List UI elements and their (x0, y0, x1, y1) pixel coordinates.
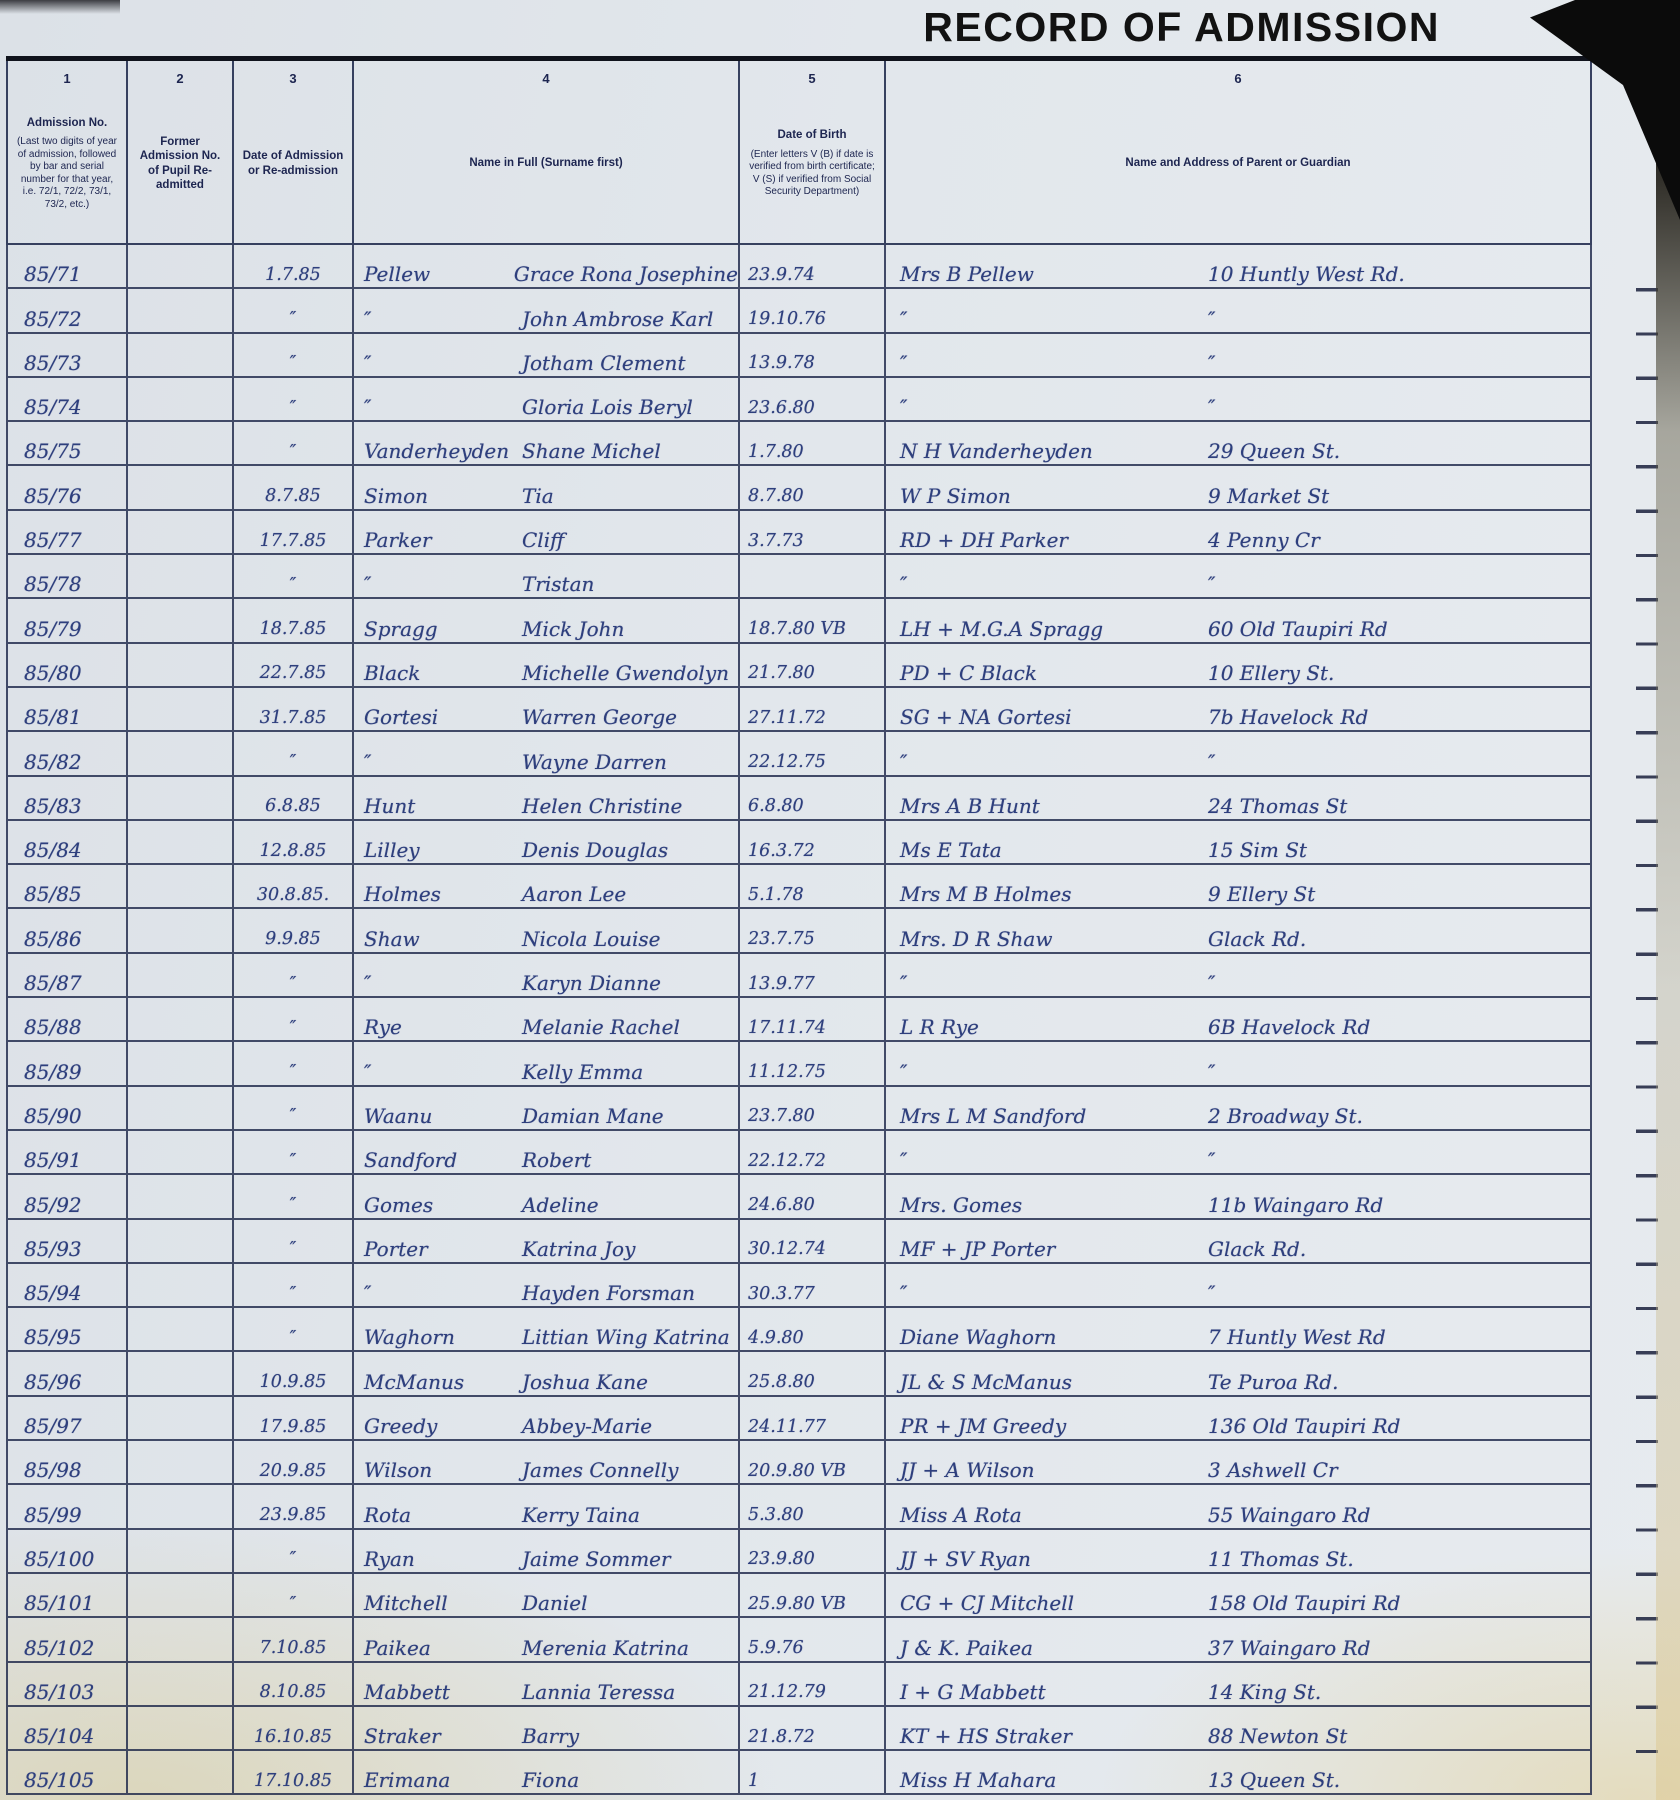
parent-address: Glack Rd. (1208, 1239, 1590, 1259)
table-row: 85/81 31.7.85 GortesiWarren George 27.11… (6, 688, 1592, 732)
admission-date: ″ (290, 311, 297, 329)
former-admission-no-cell (128, 1264, 234, 1306)
parent-name: Mrs L M Sandford (886, 1106, 1208, 1126)
column-note: (Enter letters V (B) if date is verified… (746, 149, 878, 199)
name-in-full-cell: BlackMichelle Gwendolyn (354, 644, 740, 686)
date-of-birth-cell: 23.9.80 (740, 1530, 886, 1572)
parent-address: 14 King St. (1208, 1682, 1590, 1702)
name-in-full-cell: ″Hayden Forsman (354, 1264, 740, 1306)
admission-no-cell: 85/103 (6, 1663, 128, 1705)
date-of-birth-cell: 5.3.80 (740, 1485, 886, 1527)
parent-address: 29 Queen St. (1208, 441, 1590, 461)
parent-address: Glack Rd. (1208, 929, 1590, 949)
date-of-birth: 21.12.79 (748, 1684, 826, 1702)
former-admission-no-cell (128, 954, 234, 996)
admission-no: 85/96 (24, 1372, 82, 1392)
name-in-full-cell: ″John Ambrose Karl (354, 289, 740, 331)
admission-date: ″ (290, 1020, 297, 1038)
parent-address: 88 Newton St (1208, 1726, 1590, 1746)
former-admission-no-cell (128, 1485, 234, 1527)
parent-guardian-cell: RD + DH Parker4 Penny Cr (886, 511, 1592, 553)
given-names: Jotham Clement (522, 353, 738, 373)
page-edge-shadow (0, 0, 120, 14)
admission-date: ″ (290, 976, 297, 994)
date-of-birth: 30.12.74 (748, 1241, 826, 1259)
date-of-birth: 5.9.76 (748, 1640, 804, 1658)
parent-address: 15 Sim St (1208, 840, 1590, 860)
table-row: 85/86 9.9.85 ShawNicola Louise 23.7.75 M… (6, 909, 1592, 953)
admission-date: 9.9.85 (265, 931, 321, 949)
date-of-birth-cell: 24.11.77 (740, 1397, 886, 1439)
table-row: 85/93 ″ PorterKatrina Joy 30.12.74 MF + … (6, 1220, 1592, 1264)
given-names: Nicola Louise (522, 929, 738, 949)
name-in-full-cell: MabbettLannia Teressa (354, 1663, 740, 1705)
given-names: Katrina Joy (522, 1239, 738, 1259)
parent-guardian-cell: CG + CJ Mitchell158 Old Taupiri Rd (886, 1574, 1592, 1616)
column-header-admission-no: 1 Admission No. (Last two digits of year… (6, 61, 128, 243)
admission-date-cell: 17.10.85 (234, 1751, 354, 1793)
admission-no-cell: 85/92 (6, 1175, 128, 1217)
table-row: 85/97 17.9.85 GreedyAbbey-Marie 24.11.77… (6, 1397, 1592, 1441)
surname: ″ (354, 309, 522, 329)
parent-address: 2 Broadway St. (1208, 1106, 1590, 1126)
name-in-full-cell: RyanJaime Sommer (354, 1530, 740, 1572)
date-of-birth: 19.10.76 (748, 311, 826, 329)
name-in-full-cell: RotaKerry Taina (354, 1485, 740, 1527)
given-names: Jaime Sommer (522, 1549, 738, 1569)
admission-date-cell: ″ (234, 998, 354, 1040)
given-names: Robert (522, 1150, 738, 1170)
parent-guardian-cell: Miss H Mahara13 Queen St. (886, 1751, 1592, 1793)
admission-table: 1 Admission No. (Last two digits of year… (6, 56, 1592, 1795)
parent-name: Mrs. Gomes (886, 1195, 1208, 1215)
former-admission-no-cell (128, 1131, 234, 1173)
former-admission-no-cell (128, 1618, 234, 1660)
date-of-birth-cell: 30.3.77 (740, 1264, 886, 1306)
parent-guardian-cell: MF + JP PorterGlack Rd. (886, 1220, 1592, 1262)
given-names: Damian Mane (522, 1106, 738, 1126)
admission-date-cell: 12.8.85 (234, 821, 354, 863)
table-row: 85/98 20.9.85 WilsonJames Connelly 20.9.… (6, 1441, 1592, 1485)
admission-no-cell: 85/100 (6, 1530, 128, 1572)
parent-name: LH + M.G.A Spragg (886, 619, 1208, 639)
parent-address: ″ (1208, 397, 1590, 417)
parent-address: ″ (1208, 309, 1590, 329)
given-names: Mick John (522, 619, 738, 639)
admission-no: 85/90 (24, 1106, 82, 1126)
column-number: 6 (892, 71, 1584, 86)
table-row: 85/92 ″ GomesAdeline 24.6.80 Mrs. Gomes1… (6, 1175, 1592, 1219)
name-in-full-cell: ParkerCliff (354, 511, 740, 553)
former-admission-no-cell (128, 644, 234, 686)
date-of-birth-cell: 5.1.78 (740, 865, 886, 907)
table-row: 85/74 ″ ″Gloria Lois Beryl 23.6.80 ″″ (6, 378, 1592, 422)
name-in-full-cell: McManusJoshua Kane (354, 1352, 740, 1394)
former-admission-no-cell (128, 777, 234, 819)
parent-name: Miss H Mahara (886, 1770, 1208, 1790)
admission-date-cell: 16.10.85 (234, 1707, 354, 1749)
former-admission-no-cell (128, 378, 234, 420)
parent-address: 9 Market St (1208, 486, 1590, 506)
table-header-row: 1 Admission No. (Last two digits of year… (6, 56, 1592, 245)
date-of-birth-cell: 3.7.73 (740, 511, 886, 553)
admission-no-cell: 85/81 (6, 688, 128, 730)
admission-date-cell: ″ (234, 1087, 354, 1129)
given-names: John Ambrose Karl (522, 309, 738, 329)
admission-no: 85/97 (24, 1416, 82, 1436)
admission-no: 85/92 (24, 1195, 82, 1215)
admission-no-cell: 85/74 (6, 378, 128, 420)
date-of-birth-cell: 23.7.80 (740, 1087, 886, 1129)
admission-no: 85/80 (24, 663, 82, 683)
admission-date: 6.8.85 (265, 798, 321, 816)
date-of-birth: 23.7.80 (748, 1108, 815, 1126)
surname: Vanderheyden (354, 441, 522, 461)
parent-address: 4 Penny Cr (1208, 530, 1590, 550)
name-in-full-cell: StrakerBarry (354, 1707, 740, 1749)
parent-address: 7 Huntly West Rd (1208, 1327, 1590, 1347)
parent-name: JJ + A Wilson (886, 1460, 1208, 1480)
former-admission-no-cell (128, 1042, 234, 1084)
date-of-birth: 25.9.80 VB (748, 1596, 846, 1614)
admission-no: 85/94 (24, 1283, 82, 1303)
column-label: Admission No. (14, 116, 120, 130)
date-of-birth-cell: 18.7.80 VB (740, 599, 886, 641)
admission-date-cell: ″ (234, 334, 354, 376)
date-of-birth-cell: 21.12.79 (740, 1663, 886, 1705)
date-of-birth: 21.7.80 (748, 665, 815, 683)
date-of-birth: 25.8.80 (748, 1374, 815, 1392)
admission-date-cell: ″ (234, 1264, 354, 1306)
column-label: Date of Birth (746, 128, 878, 142)
parent-address: 7b Havelock Rd (1208, 707, 1590, 727)
admission-date-cell: 6.8.85 (234, 777, 354, 819)
date-of-birth-cell: 8.7.80 (740, 466, 886, 508)
date-of-birth-cell: 5.9.76 (740, 1618, 886, 1660)
date-of-birth-cell: 1.7.80 (740, 422, 886, 464)
admission-no: 85/99 (24, 1505, 82, 1525)
admission-no-cell: 85/80 (6, 644, 128, 686)
former-admission-no-cell (128, 555, 234, 597)
column-label: Name and Address of Parent or Guardian (892, 156, 1584, 170)
admission-no: 85/105 (24, 1770, 94, 1790)
date-of-birth-cell: 17.11.74 (740, 998, 886, 1040)
surname: Simon (354, 486, 522, 506)
admission-date: 23.9.85 (260, 1507, 327, 1525)
table-row: 85/94 ″ ″Hayden Forsman 30.3.77 ″″ (6, 1264, 1592, 1308)
table-row: 85/82 ″ ″Wayne Darren 22.12.75 ″″ (6, 732, 1592, 776)
surname: Pellew (354, 264, 514, 284)
admission-no-cell: 85/98 (6, 1441, 128, 1483)
given-names: Grace Rona Josephine (514, 264, 738, 284)
admission-no-cell: 85/75 (6, 422, 128, 464)
surname: Lilley (354, 840, 522, 860)
parent-name: N H Vanderheyden (886, 441, 1208, 461)
given-names: Aaron Lee (522, 884, 738, 904)
column-header-name-in-full: 4 Name in Full (Surname first) (354, 61, 740, 243)
date-of-birth-cell: 22.12.75 (740, 732, 886, 774)
admission-date-cell: ″ (234, 1308, 354, 1350)
parent-address: Te Puroa Rd. (1208, 1372, 1590, 1392)
admission-no: 85/95 (24, 1327, 82, 1347)
parent-name: ″ (886, 397, 1208, 417)
parent-guardian-cell: ″″ (886, 378, 1592, 420)
given-names: Littian Wing Katrina (522, 1327, 738, 1347)
parent-address: ″ (1208, 973, 1590, 993)
admission-no-cell: 85/79 (6, 599, 128, 641)
former-admission-no-cell (128, 1663, 234, 1705)
admission-date: 17.9.85 (260, 1419, 327, 1437)
admission-date-cell: 8.10.85 (234, 1663, 354, 1705)
former-admission-no-cell (128, 511, 234, 553)
admission-no-cell: 85/88 (6, 998, 128, 1040)
parent-address: ″ (1208, 752, 1590, 772)
table-row: 85/96 10.9.85 McManusJoshua Kane 25.8.80… (6, 1352, 1592, 1396)
date-of-birth-cell: 27.11.72 (740, 688, 886, 730)
column-note: (Last two digits of year of admission, f… (14, 136, 120, 211)
table-row: 85/72 ″ ″John Ambrose Karl 19.10.76 ″″ (6, 289, 1592, 333)
admission-date-cell: ″ (234, 378, 354, 420)
parent-name: ″ (886, 1150, 1208, 1170)
parent-guardian-cell: ″″ (886, 1042, 1592, 1084)
admission-no-cell: 85/104 (6, 1707, 128, 1749)
column-number: 2 (134, 71, 226, 86)
parent-address: ″ (1208, 574, 1590, 594)
former-admission-no-cell (128, 1574, 234, 1616)
former-admission-no-cell (128, 1707, 234, 1749)
parent-name: RD + DH Parker (886, 530, 1208, 550)
admission-no-cell: 85/85 (6, 865, 128, 907)
date-of-birth-cell: 21.7.80 (740, 644, 886, 686)
given-names: Gloria Lois Beryl (522, 397, 738, 417)
parent-address: 158 Old Taupiri Rd (1208, 1593, 1590, 1613)
admission-no: 85/81 (24, 707, 82, 727)
parent-name: CG + CJ Mitchell (886, 1593, 1208, 1613)
admission-no: 85/87 (24, 973, 82, 993)
admission-no-cell: 85/72 (6, 289, 128, 331)
parent-guardian-cell: ″″ (886, 289, 1592, 331)
admission-date-cell: 1.7.85 (234, 245, 354, 287)
former-admission-no-cell (128, 1530, 234, 1572)
former-admission-no-cell (128, 1175, 234, 1217)
admission-no: 85/79 (24, 619, 82, 639)
admission-date-cell: ″ (234, 1220, 354, 1262)
parent-name: Mrs. D R Shaw (886, 929, 1208, 949)
surname: Parker (354, 530, 522, 550)
admission-date-cell: 30.8.85. (234, 865, 354, 907)
admission-no-cell: 85/95 (6, 1308, 128, 1350)
date-of-birth-cell: 30.12.74 (740, 1220, 886, 1262)
table-row: 85/73 ″ ″Jotham Clement 13.9.78 ″″ (6, 334, 1592, 378)
admission-date-cell: ″ (234, 289, 354, 331)
date-of-birth: 3.7.73 (748, 533, 804, 551)
admission-date: ″ (290, 1551, 297, 1569)
surname: Shaw (354, 929, 522, 949)
name-in-full-cell: MitchellDaniel (354, 1574, 740, 1616)
admission-no: 85/71 (24, 264, 82, 284)
surname: Mitchell (354, 1593, 522, 1613)
column-label: Date of Admission or Re-admission (240, 149, 346, 178)
admission-date-cell: 7.10.85 (234, 1618, 354, 1660)
former-admission-no-cell (128, 1087, 234, 1129)
given-names: Merenia Katrina (522, 1638, 738, 1658)
parent-guardian-cell: KT + HS Straker88 Newton St (886, 1707, 1592, 1749)
admission-no-cell: 85/96 (6, 1352, 128, 1394)
date-of-birth: 22.12.72 (748, 1153, 826, 1171)
admission-date: 31.7.85 (260, 710, 327, 728)
surname: Gortesi (354, 707, 522, 727)
name-in-full-cell: HuntHelen Christine (354, 777, 740, 819)
parent-name: ″ (886, 1283, 1208, 1303)
parent-guardian-cell: I + G Mabbett14 King St. (886, 1663, 1592, 1705)
column-number: 4 (360, 71, 732, 86)
admission-date: ″ (290, 444, 297, 462)
date-of-birth: 16.3.72 (748, 843, 815, 861)
date-of-birth: 23.9.74 (748, 267, 815, 285)
admission-no: 85/72 (24, 309, 82, 329)
given-names: Denis Douglas (522, 840, 738, 860)
admission-date-cell: ″ (234, 555, 354, 597)
former-admission-no-cell (128, 998, 234, 1040)
name-in-full-cell: SimonTia (354, 466, 740, 508)
table-body: 85/71 1.7.85 PellewGrace Rona Josephine … (6, 245, 1592, 1795)
admission-date: 30.8.85. (257, 887, 329, 905)
parent-guardian-cell: Miss A Rota55 Waingaro Rd (886, 1485, 1592, 1527)
surname: Greedy (354, 1416, 522, 1436)
surname: McManus (354, 1372, 522, 1392)
table-row: 85/83 6.8.85 HuntHelen Christine 6.8.80 … (6, 777, 1592, 821)
admission-date: 20.9.85 (260, 1463, 327, 1481)
name-in-full-cell: PellewGrace Rona Josephine (354, 245, 740, 287)
admission-date-cell: 22.7.85 (234, 644, 354, 686)
parent-name: PR + JM Greedy (886, 1416, 1208, 1436)
admission-no: 85/76 (24, 486, 82, 506)
date-of-birth: 24.6.80 (748, 1197, 815, 1215)
former-admission-no-cell (128, 1308, 234, 1350)
former-admission-no-cell (128, 732, 234, 774)
surname: ″ (354, 973, 522, 993)
admission-no: 85/103 (24, 1682, 94, 1702)
admission-date: ″ (290, 754, 297, 772)
table-row: 85/78 ″ ″Tristan ″″ (6, 555, 1592, 599)
admission-no: 85/98 (24, 1460, 82, 1480)
date-of-birth: 11.12.75 (748, 1064, 826, 1082)
parent-guardian-cell: Mrs. D R ShawGlack Rd. (886, 909, 1592, 951)
admission-no: 85/91 (24, 1150, 82, 1170)
admission-date-cell: 18.7.85 (234, 599, 354, 641)
date-of-birth-cell: 13.9.77 (740, 954, 886, 996)
date-of-birth: 22.12.75 (748, 754, 826, 772)
table-row: 85/84 12.8.85 LilleyDenis Douglas 16.3.7… (6, 821, 1592, 865)
former-admission-no-cell (128, 289, 234, 331)
date-of-birth: 30.3.77 (748, 1286, 815, 1304)
admission-date-cell: ″ (234, 954, 354, 996)
given-names: Joshua Kane (522, 1372, 738, 1392)
admission-date-cell: ″ (234, 1175, 354, 1217)
name-in-full-cell: GreedyAbbey-Marie (354, 1397, 740, 1439)
parent-address: 13 Queen St. (1208, 1770, 1590, 1790)
parent-guardian-cell: PR + JM Greedy136 Old Taupiri Rd (886, 1397, 1592, 1439)
admission-no: 85/102 (24, 1638, 94, 1658)
admission-date-cell: ″ (234, 1574, 354, 1616)
admission-no: 85/75 (24, 441, 82, 461)
name-in-full-cell: WaanuDamian Mane (354, 1087, 740, 1129)
given-names: Fiona (522, 1770, 738, 1790)
admission-register-page: RECORD OF ADMISSION 1 Admission No. (Las… (0, 0, 1680, 1800)
parent-address: ″ (1208, 1062, 1590, 1082)
date-of-birth: 23.9.80 (748, 1551, 815, 1569)
parent-name: KT + HS Straker (886, 1726, 1208, 1746)
surname: ″ (354, 397, 522, 417)
surname: ″ (354, 353, 522, 373)
surname: ″ (354, 1283, 522, 1303)
date-of-birth: 17.11.74 (748, 1020, 826, 1038)
admission-date: 8.7.85 (265, 488, 321, 506)
given-names: James Connelly (522, 1460, 738, 1480)
admission-date-cell: ″ (234, 422, 354, 464)
date-of-birth-cell: 23.7.75 (740, 909, 886, 951)
date-of-birth-cell: 20.9.80 VB (740, 1441, 886, 1483)
date-of-birth-cell: 24.6.80 (740, 1175, 886, 1217)
admission-date: ″ (290, 1197, 297, 1215)
admission-no-cell: 85/86 (6, 909, 128, 951)
date-of-birth-cell: 22.12.72 (740, 1131, 886, 1173)
parent-name: ″ (886, 574, 1208, 594)
surname: Sandford (354, 1150, 522, 1170)
given-names: Michelle Gwendolyn (522, 663, 738, 683)
date-of-birth: 23.7.75 (748, 931, 815, 949)
admission-date: 7.10.85 (260, 1640, 327, 1658)
surname: Gomes (354, 1195, 522, 1215)
admission-date-cell: 20.9.85 (234, 1441, 354, 1483)
surname: Wilson (354, 1460, 522, 1480)
name-in-full-cell: ″Tristan (354, 555, 740, 597)
admission-no: 85/78 (24, 574, 82, 594)
date-of-birth-cell: 25.9.80 VB (740, 1574, 886, 1616)
admission-no-cell: 85/105 (6, 1751, 128, 1793)
date-of-birth-cell: 23.9.74 (740, 245, 886, 287)
admission-date: 12.8.85 (260, 843, 327, 861)
surname: ″ (354, 752, 522, 772)
date-of-birth-cell (740, 555, 886, 597)
table-row: 85/103 8.10.85 MabbettLannia Teressa 21.… (6, 1663, 1592, 1707)
date-of-birth: 13.9.77 (748, 976, 815, 994)
admission-date: ″ (290, 355, 297, 373)
table-row: 85/90 ″ WaanuDamian Mane 23.7.80 Mrs L M… (6, 1087, 1592, 1131)
parent-address: ″ (1208, 1283, 1590, 1303)
table-row: 85/77 17.7.85 ParkerCliff 3.7.73 RD + DH… (6, 511, 1592, 555)
parent-name: W P Simon (886, 486, 1208, 506)
surname: Erimana (354, 1770, 522, 1790)
parent-guardian-cell: Ms E Tata15 Sim St (886, 821, 1592, 863)
parent-name: ″ (886, 973, 1208, 993)
parent-name: ″ (886, 309, 1208, 329)
name-in-full-cell: VanderheydenShane Michel (354, 422, 740, 464)
parent-guardian-cell: ″″ (886, 334, 1592, 376)
page-curl-edge (1656, 0, 1680, 1800)
parent-guardian-cell: Mrs L M Sandford2 Broadway St. (886, 1087, 1592, 1129)
parent-address: 55 Waingaro Rd (1208, 1505, 1590, 1525)
former-admission-no-cell (128, 599, 234, 641)
admission-date: ″ (290, 1241, 297, 1259)
former-admission-no-cell (128, 422, 234, 464)
name-in-full-cell: ″Kelly Emma (354, 1042, 740, 1084)
date-of-birth-cell: 4.9.80 (740, 1308, 886, 1350)
name-in-full-cell: PorterKatrina Joy (354, 1220, 740, 1262)
table-row: 85/85 30.8.85. HolmesAaron Lee 5.1.78 Mr… (6, 865, 1592, 909)
surname: Paikea (354, 1638, 522, 1658)
table-row: 85/102 7.10.85 PaikeaMerenia Katrina 5.9… (6, 1618, 1592, 1662)
